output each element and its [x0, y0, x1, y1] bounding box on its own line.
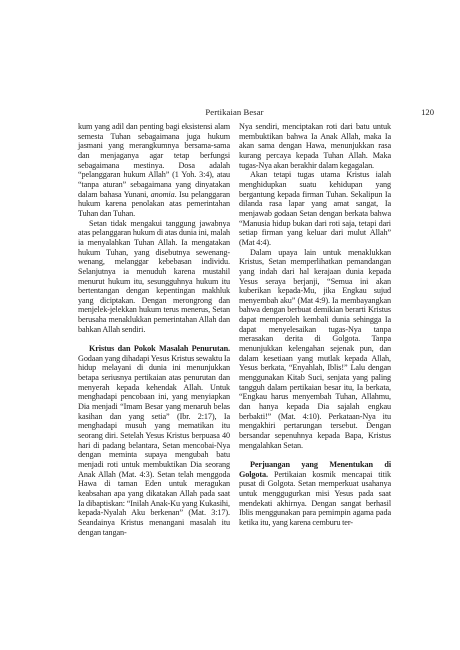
page-title: Pertikaian Besar	[205, 107, 263, 117]
text-columns: kum yang adil dan penting bagi eksistens…	[78, 122, 391, 537]
paragraph-text: Nya sendiri, menciptakan roti dari batu …	[239, 122, 391, 170]
paragraph: kum yang adil dan penting bagi eksistens…	[78, 122, 230, 219]
section-heading: Kristus dan Pokok Masalah Penurutan.	[89, 344, 230, 353]
column-right: Nya sendiri, menciptakan roti dari batu …	[239, 122, 391, 537]
book-page: Pertikaian Besar 120 kum yang adil dan p…	[0, 0, 460, 650]
paragraph: Setan tidak mengakui tanggung jawabnya a…	[78, 219, 230, 335]
page-number: 120	[404, 107, 434, 118]
paragraph-text: Godaan yang dihadapi Yesus Kristus sewak…	[78, 354, 230, 537]
column-left: kum yang adil dan penting bagi eksistens…	[78, 122, 230, 537]
paragraph: Akan tetapi tugas utama Kristus ialah me…	[239, 170, 391, 247]
paragraph: Perjuangan yang Menentukan di Golgota. P…	[239, 460, 391, 528]
paragraph: Nya sendiri, menciptakan roti dari batu …	[239, 122, 391, 170]
italic-term: anomia	[151, 190, 175, 199]
paragraph-text: Dalam upaya lain untuk menaklukkan Krist…	[239, 248, 391, 450]
paragraph-text: kum yang adil dan penting bagi eksistens…	[78, 122, 230, 199]
paragraph: Kristus dan Pokok Masalah Penurutan. God…	[78, 344, 230, 537]
paragraph-text: Akan tetapi tugas utama Kristus ialah me…	[239, 170, 391, 247]
running-header: Pertikaian Besar	[78, 107, 391, 118]
paragraph-text: Setan tidak mengakui tanggung jawabnya a…	[78, 219, 230, 334]
paragraph: Dalam upaya lain untuk menaklukkan Krist…	[239, 248, 391, 451]
